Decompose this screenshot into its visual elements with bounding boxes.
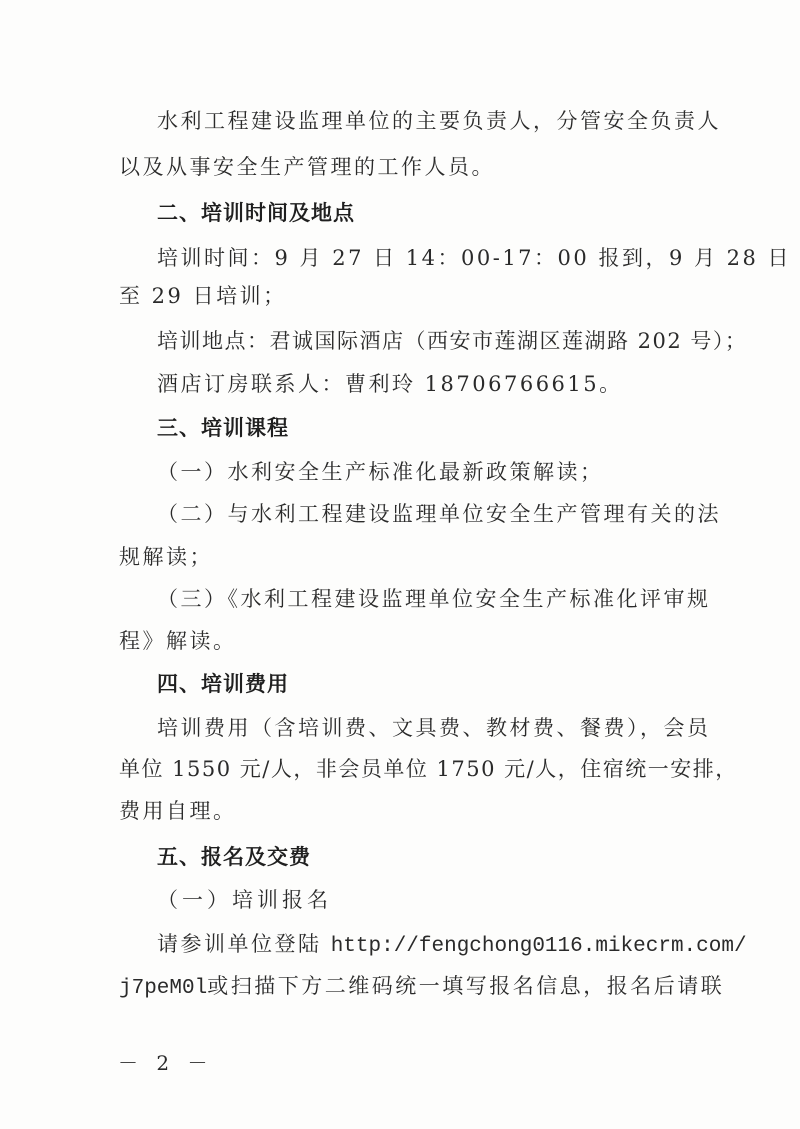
fee-line-3: 费用自理。 — [119, 797, 237, 825]
course-item-1: （一）水利安全生产标准化最新政策解读； — [157, 458, 604, 486]
course-item-3-cont: 程》解读。 — [119, 627, 237, 655]
registration-url-link-cont[interactable]: j7peM0l — [119, 977, 207, 1000]
course-item-3: （三）《水利工程建设监理单位安全生产标准化评审规 — [157, 585, 711, 613]
registration-prefix: 请参训单位登陆 — [157, 932, 331, 956]
hotel-contact: 酒店订房联系人：曹利玲 18706766615。 — [157, 370, 623, 398]
page-number: － 2 － — [118, 1047, 213, 1076]
course-item-2-cont: 规解读； — [119, 543, 213, 571]
body-text: 水利工程建设监理单位的主要负责人，分管安全负责人 — [157, 107, 721, 135]
registration-line-2: j7peM0l或扫描下方二维码统一填写报名信息，报名后请联 — [119, 972, 724, 1003]
subsection-registration: （一）培训报名 — [157, 886, 332, 914]
training-time-cont: 至 29 日培训； — [119, 282, 287, 310]
fee-line-1: 培训费用（含培训费、文具费、教材费、餐费），会员 — [157, 714, 711, 742]
registration-url-link[interactable]: http://fengchong0116.mikecrm.com/ — [331, 935, 747, 958]
section-heading-2: 二、培训时间及地点 — [157, 199, 355, 227]
body-text: 以及从事安全生产管理的工作人员。 — [119, 153, 495, 181]
fee-line-2: 单位 1550 元/人，非会员单位 1750 元/人，住宿统一安排， — [119, 755, 738, 783]
training-place: 培训地点：君诚国际酒店（西安市莲湖区莲湖路 202 号）； — [157, 327, 747, 355]
course-item-2: （二）与水利工程建设监理单位安全生产管理有关的法 — [157, 500, 721, 528]
registration-line-1: 请参训单位登陆 http://fengchong0116.mikecrm.com… — [157, 930, 747, 961]
registration-suffix: 或扫描下方二维码统一填写报名信息，报名后请联 — [207, 974, 724, 998]
section-heading-3: 三、培训课程 — [157, 414, 289, 442]
section-heading-5: 五、报名及交费 — [157, 843, 311, 871]
training-time: 培训时间：9 月 27 日 14：00-17：00 报到，9 月 28 日 — [157, 244, 791, 272]
section-heading-4: 四、培训费用 — [157, 670, 289, 698]
